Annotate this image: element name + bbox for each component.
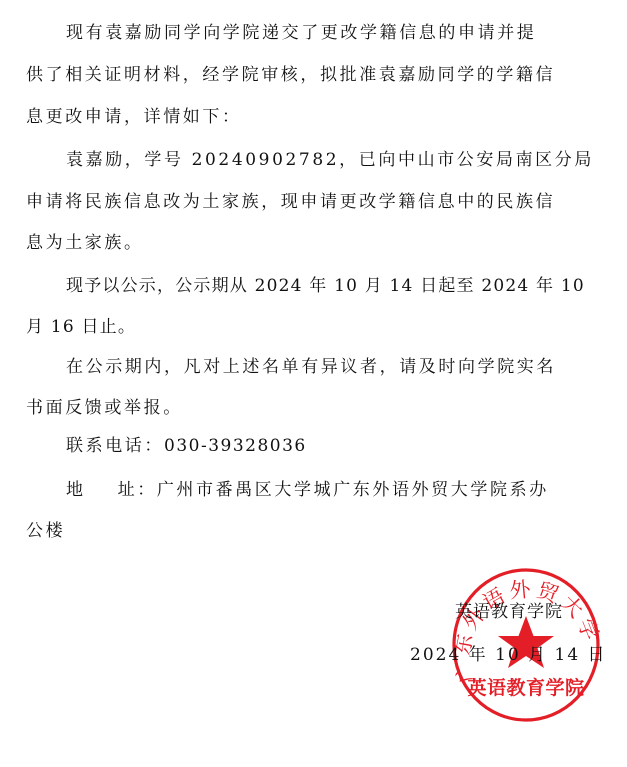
contact-phone-label: 联系电话： <box>66 436 164 456</box>
paragraph-4-line-1: 在公示期内，凡对上述名单有异议者，请及时向学院实名 <box>66 356 556 378</box>
contact-phone: 联系电话：030-39328036 <box>66 435 307 457</box>
contact-address-label-part-2: 址： <box>118 480 157 500</box>
paragraph-1-line-2: 供了相关证明材料，经学院审核，拟批准袁嘉励同学的学籍信 <box>26 64 555 86</box>
paragraph-2-line-1: 袁嘉励，学号 20240902782，已向中山市公安局南区分局 <box>66 149 594 171</box>
contact-phone-value: 030-39328036 <box>164 436 307 456</box>
paragraph-2-line-3: 息为土家族。 <box>26 232 144 254</box>
paragraph-4-line-2: 书面反馈或举报。 <box>26 397 183 419</box>
notice-document: 现有袁嘉励同学向学院递交了更改学籍信息的申请并提 供了相关证明材料，经学院审核，… <box>0 0 627 767</box>
contact-address-line-2: 公楼 <box>26 520 65 542</box>
contact-address: 地址：广州市番禺区大学城广东外语外贸大学院系办 <box>66 479 549 501</box>
signature-org: 英语教育学院 <box>455 601 563 623</box>
stamp-bottom-text: 英语教育学院 <box>467 676 584 699</box>
contact-address-value: 广州市番禺区大学城广东外语外贸大学院系办 <box>157 480 549 500</box>
paragraph-1-line-3: 息更改申请，详情如下： <box>26 106 242 128</box>
paragraph-2-line-2: 申请将民族信息改为土家族，现申请更改学籍信息中的民族信 <box>26 191 555 213</box>
paragraph-3-line-2: 月 16 日止。 <box>26 316 136 338</box>
paragraph-1-line-1: 现有袁嘉励同学向学院递交了更改学籍信息的申请并提 <box>66 22 536 44</box>
contact-address-label-part-1: 地 <box>66 480 86 500</box>
paragraph-3-line-1: 现予以公示，公示期从 2024 年 10 月 14 日起至 2024 年 10 <box>66 275 585 297</box>
signature-date: 2024 年 10 月 14 日 <box>410 644 607 666</box>
